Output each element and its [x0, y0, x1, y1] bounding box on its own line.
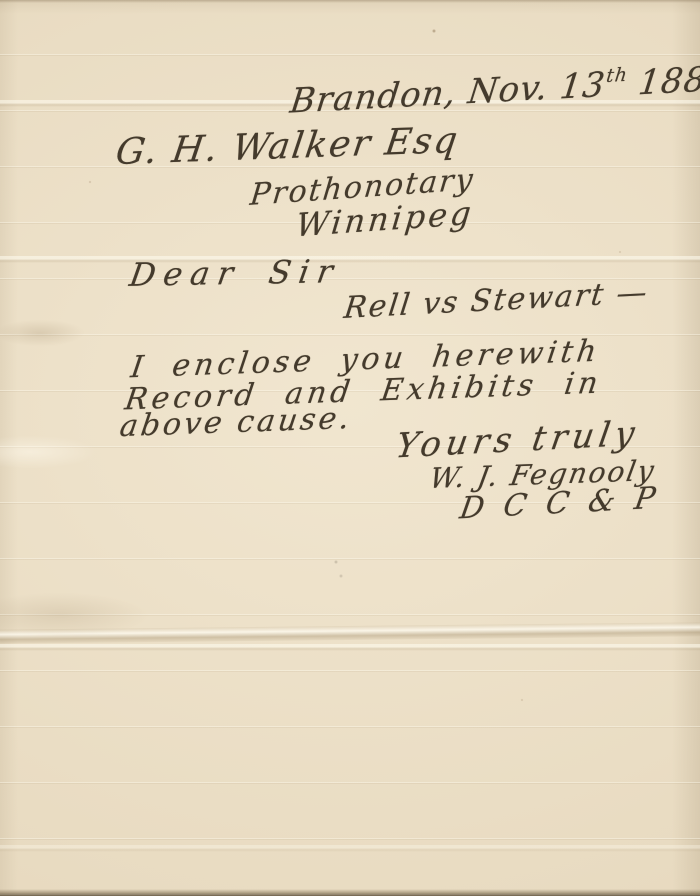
letter-scan-page: Brandon, Nov. 13th 1889 G. H. Walker Esq…: [0, 0, 700, 896]
salutation: Dear Sir: [127, 252, 344, 294]
dateline-year: 1889: [636, 58, 700, 103]
paper-bottom-edge: [0, 889, 700, 896]
paper-top-edge: [0, 0, 700, 3]
dateline-day-suffix: th: [605, 65, 629, 87]
